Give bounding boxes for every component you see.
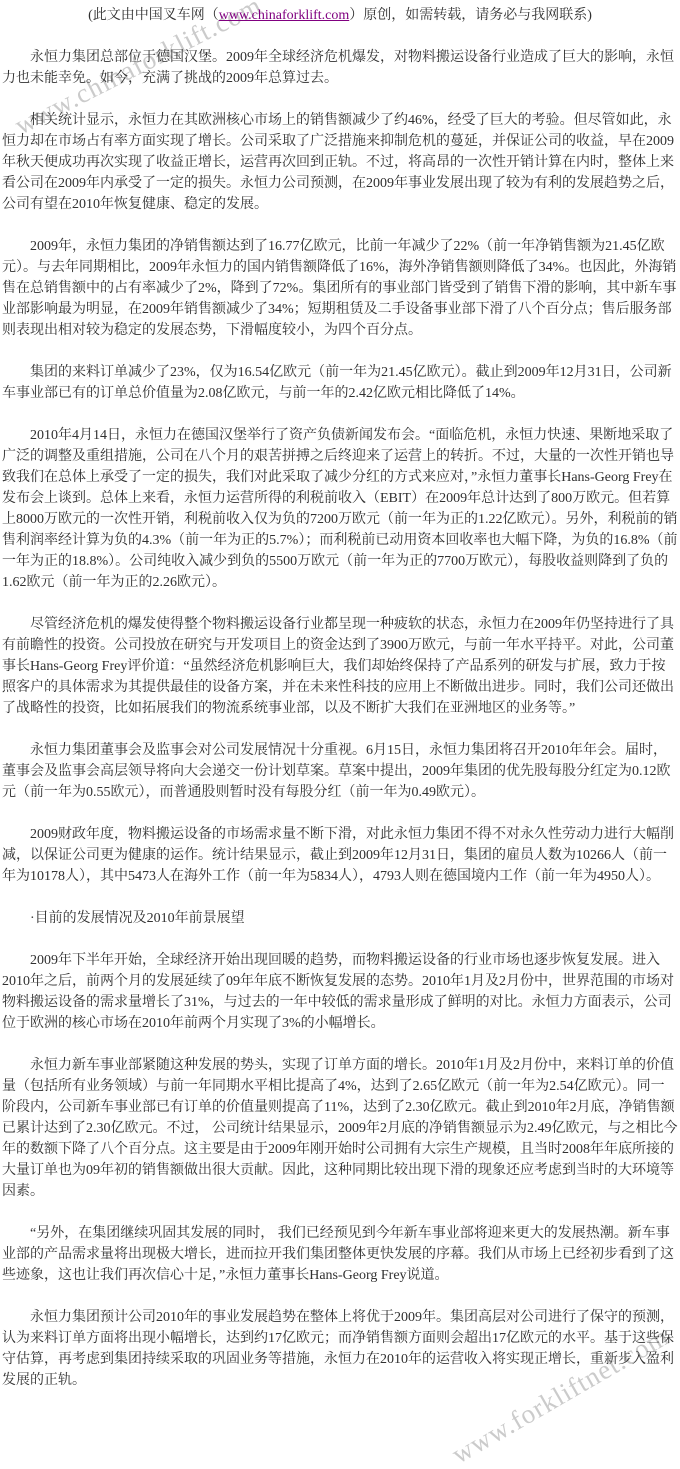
paragraph: 2009年，永恒力集团的净销售额达到了16.77亿欧元，比前一年减少了22%（前… (2, 236, 678, 341)
article-page: www.chinaforklift.com www.forkliftnet.co… (0, 0, 680, 1469)
source-attribution-line: (此文由中国叉车网（www.chinaforklift.com）原创，如需转载，… (2, 5, 678, 26)
paragraph: “另外，在集团继续巩固其发展的同时， 我们已经预见到今年新车事业部将迎来更大的发… (2, 1223, 678, 1286)
article-body: 永恒力集团总部位于德国汉堡。2009年全球经济危机爆发，对物料搬运设备行业造成了… (2, 47, 678, 1391)
paragraph: 永恒力集团董事会及监事会对公司发展情况十分重视。6月15日，永恒力集团将召开20… (2, 740, 678, 803)
paragraph: 2009年下半年开始，全球经济开始出现回暖的趋势，而物料搬运设备的行业市场也逐步… (2, 950, 678, 1034)
paragraph: 2010年4月14日，永恒力在德国汉堡举行了资产负债新闻发布会。“面临危机，永恒… (2, 425, 678, 593)
paragraph: 相关统计显示，永恒力在其欧洲核心市场上的销售额减少了约46%，经受了巨大的考验。… (2, 110, 678, 215)
section-heading: ·目前的发展情况及2010年前景展望 (2, 908, 678, 929)
source-link[interactable]: www.chinaforklift.com (219, 8, 350, 23)
paragraph: 集团的来料订单减少了23%，仅为16.54亿欧元（前一年为21.45亿欧元）。截… (2, 362, 678, 404)
article-content: (此文由中国叉车网（www.chinaforklift.com）原创，如需转载，… (0, 0, 680, 1391)
paragraph: 永恒力新车事业部紧随这种发展的势头，实现了订单方面的增长。2010年1月及2月份… (2, 1055, 678, 1202)
paragraph: 尽管经济危机的爆发使得整个物料搬运设备行业都呈现一种疲软的状态，永恒力在2009… (2, 614, 678, 719)
source-attribution-prefix: (此文由中国叉车网（ (88, 8, 219, 23)
paragraph: 2009财政年度，物料搬运设备的市场需求量不断下滑，对此永恒力集团不得不对永久性… (2, 824, 678, 887)
paragraph: 永恒力集团总部位于德国汉堡。2009年全球经济危机爆发，对物料搬运设备行业造成了… (2, 47, 678, 89)
source-attribution-suffix: ）原创，如需转载，请务必与我网联系) (349, 8, 592, 23)
paragraph: 永恒力集团预计公司2010年的事业发展趋势在整体上将优于2009年。集团高层对公… (2, 1307, 678, 1391)
